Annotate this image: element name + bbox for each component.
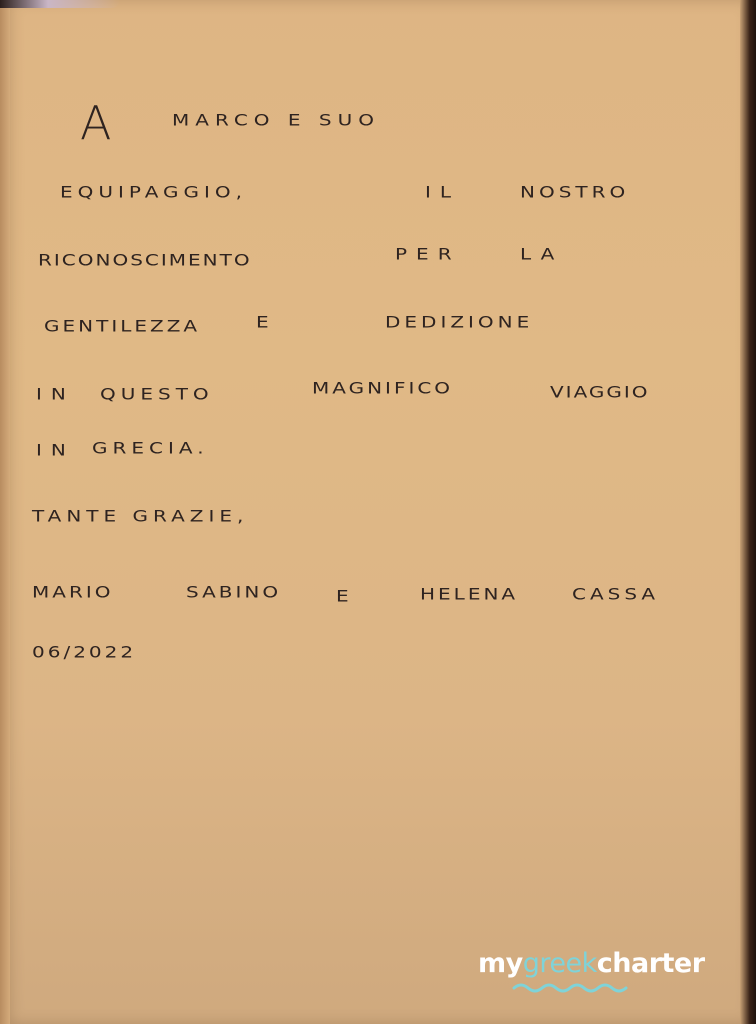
closing-line: Tante grazie, [32, 506, 248, 525]
signature-first-name: Mario [32, 582, 113, 601]
line-5d: viaggio [550, 382, 650, 401]
signature-second-name: Helena [420, 584, 518, 603]
finger-edge [0, 0, 120, 8]
greeting-initial: A [80, 96, 113, 150]
line-3a: riconoscimento [38, 250, 252, 269]
book-binding [0, 0, 10, 1024]
line-2b: il [425, 182, 460, 201]
line-2a: equipaggio, [60, 182, 247, 201]
logo-part-my: my [478, 948, 523, 979]
line-5a: in [36, 384, 75, 403]
signature-surname: Sabino [186, 582, 281, 601]
logo-part-charter: charter [597, 948, 705, 979]
line-4a: gentilezza [44, 316, 200, 335]
signature-second-surname: Cassa [572, 584, 659, 603]
greeting-line: Marco e suo [172, 110, 380, 129]
signature-and: e [336, 586, 358, 605]
line-5c: magnifico [312, 378, 453, 397]
page-edge-shadow [740, 0, 756, 1024]
logo-part-greek: greek [523, 948, 597, 979]
mygreekcharter-watermark: mygreekcharter [478, 950, 705, 977]
line-6b: Grecia. [92, 438, 209, 457]
line-3c: la [520, 244, 563, 263]
line-2c: nostro [520, 182, 629, 201]
note-date: 06/2022 [32, 642, 136, 661]
line-6a: in [36, 440, 75, 459]
wave-icon [512, 982, 628, 994]
line-4b: e [256, 312, 278, 331]
line-3b: per [395, 244, 461, 263]
line-4c: dedizione [385, 312, 533, 331]
line-5b: questo [100, 384, 214, 403]
greeting-text: Marco e suo [172, 110, 380, 129]
